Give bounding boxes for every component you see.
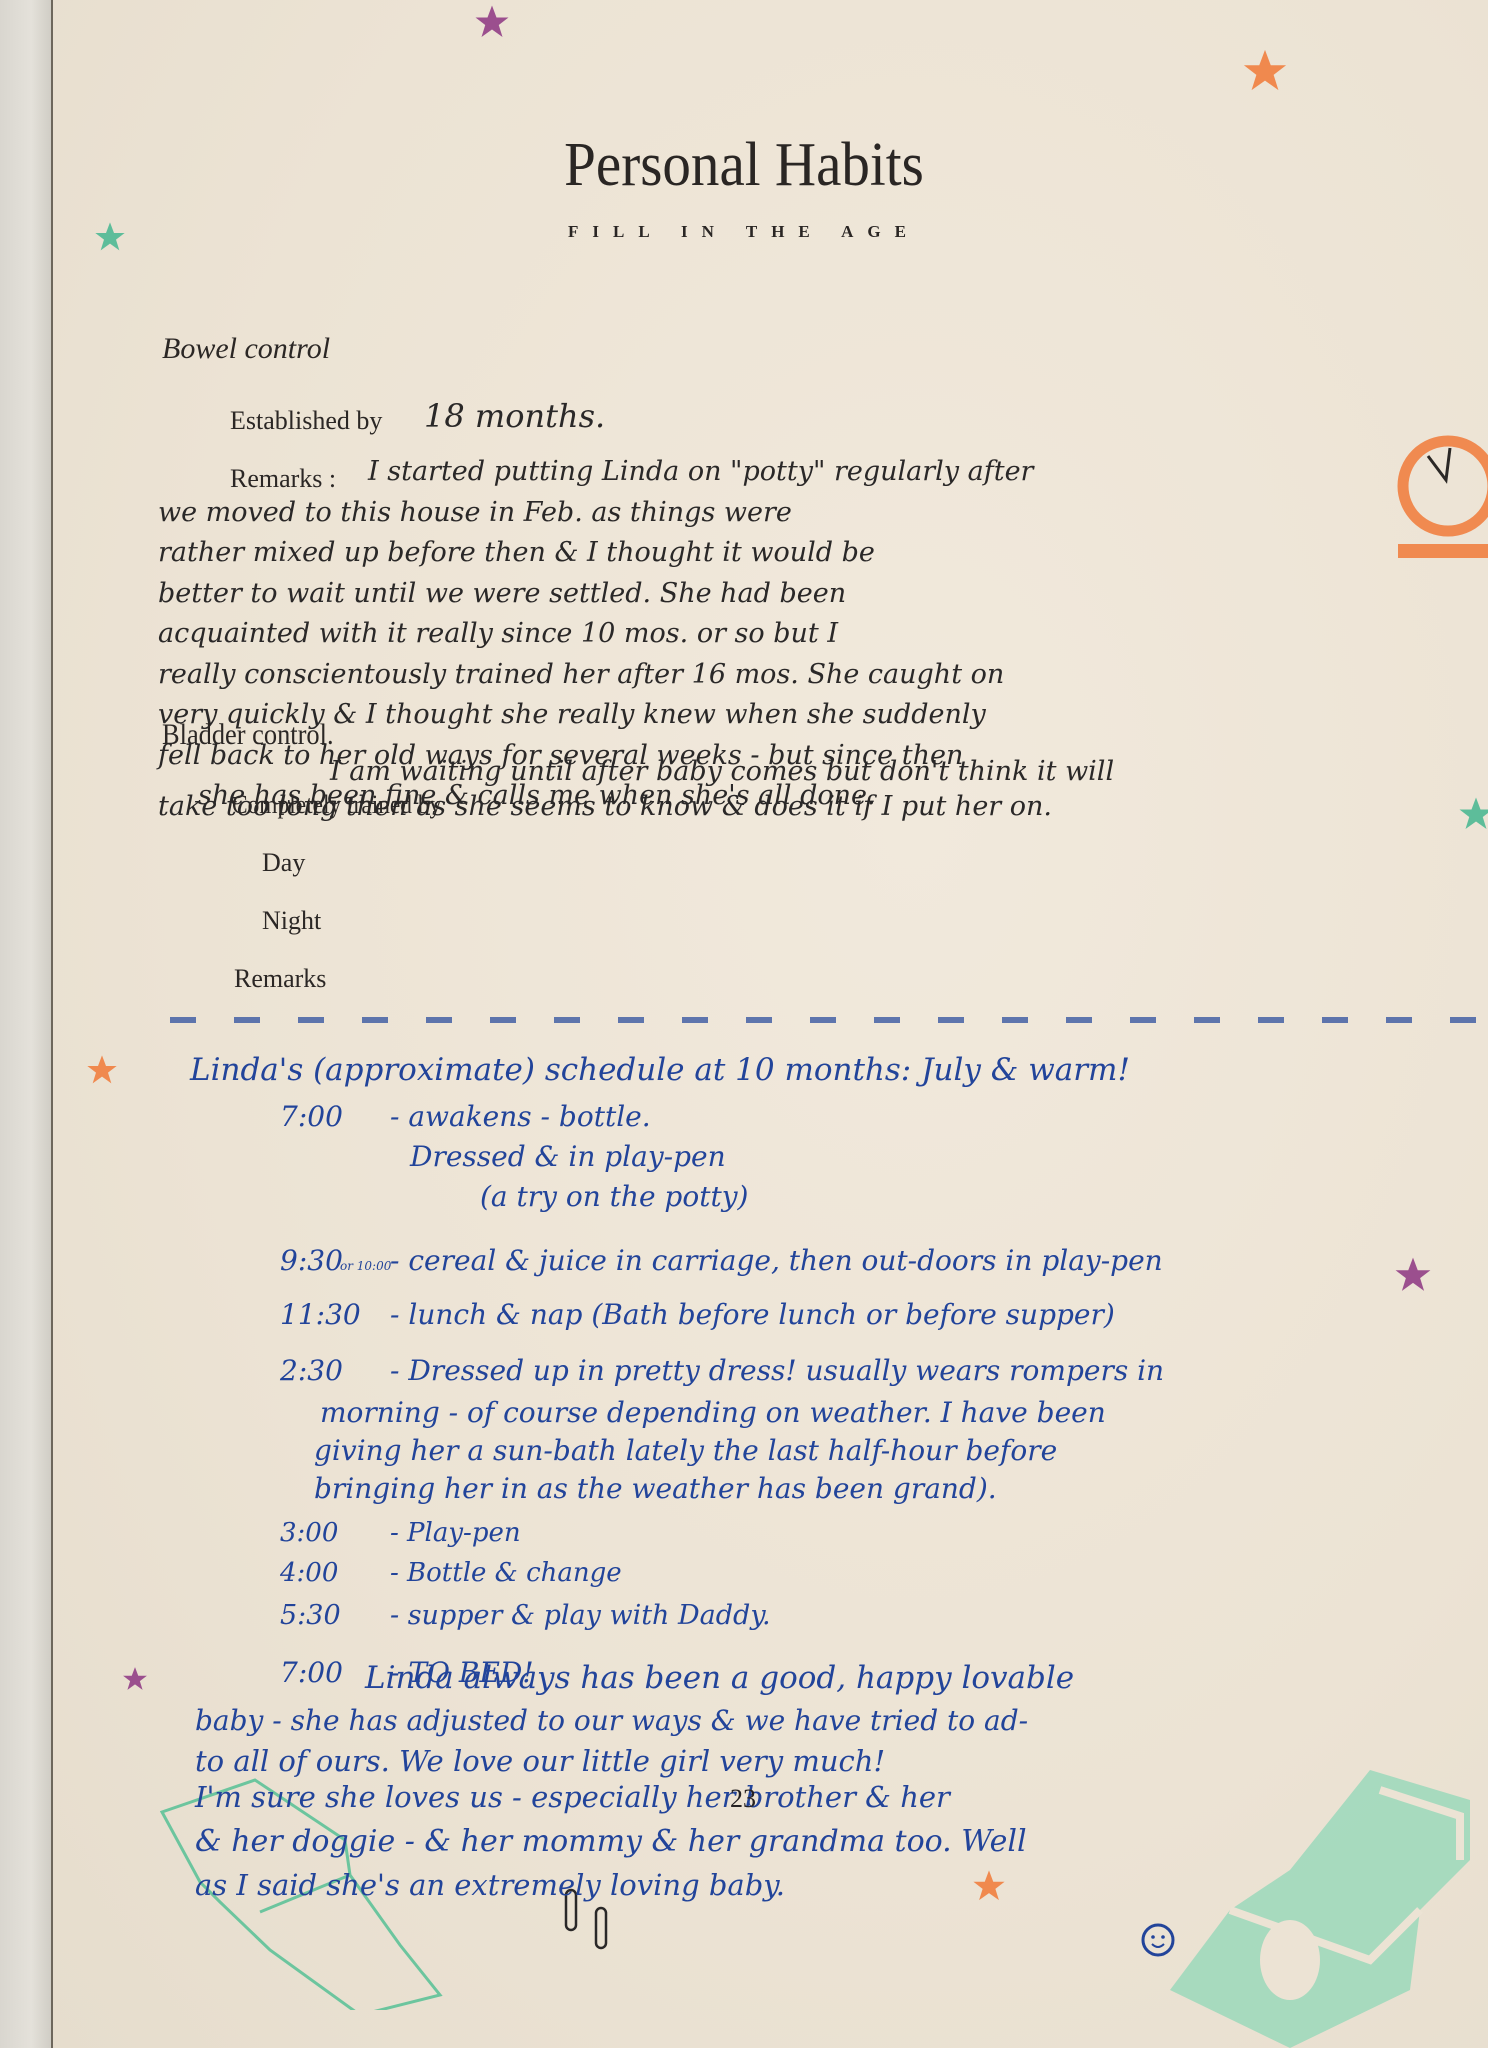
- schedule-time: 2:30: [280, 1354, 390, 1387]
- bladder-control-heading: Bladder control.: [162, 718, 334, 752]
- schedule-time: 4:00: [280, 1558, 390, 1588]
- schedule-activity: - Dressed up in pretty dress! usually we…: [390, 1354, 1164, 1387]
- schedule-entry: 9:30 or 10:00 - cereal & juice in carria…: [280, 1244, 1488, 1298]
- star-icon: [122, 1664, 148, 1694]
- smiley-face-icon: [1138, 1920, 1180, 1960]
- star-icon: [1242, 48, 1288, 94]
- schedule-time-note: or 10:00: [340, 1259, 390, 1273]
- page-number: 23: [730, 1784, 756, 1814]
- remarks-line: we moved to this house in Feb. as things…: [158, 493, 1488, 534]
- night-label: Night: [262, 906, 321, 936]
- dashed-divider: [170, 1017, 1480, 1023]
- schedule-time: 3:00: [280, 1518, 390, 1548]
- schedule-heading: Linda's (approximate) schedule at 10 mon…: [190, 1052, 1130, 1088]
- established-by-field[interactable]: 18 months.: [424, 396, 605, 437]
- schedule-entry: 5:30 - supper & play with Daddy.: [280, 1600, 1488, 1656]
- remarks-line: better to wait until we were settled. Sh…: [158, 574, 1488, 615]
- star-icon: [474, 4, 510, 40]
- schedule-list: 7:00 - awakens - bottle. Dressed & in pl…: [280, 1100, 1488, 1696]
- schedule-activity: - cereal & juice in carriage, then out-d…: [390, 1244, 1163, 1277]
- remarks-line: really conscientously trained her after …: [158, 655, 1488, 696]
- remarks-line: very quickly & I thought she really knew…: [158, 695, 1488, 736]
- bladder-remarks-label: Remarks: [234, 964, 326, 994]
- closing-line: baby - she has adjusted to our ways & we…: [195, 1704, 1488, 1744]
- schedule-entry: 3:00 - Play-pen: [280, 1518, 1488, 1558]
- page-subtitle: FILL IN THE AGE: [0, 222, 1488, 242]
- schedule-activity: - awakens - bottle.: [390, 1100, 651, 1133]
- closing-line: to all of ours. We love our little girl …: [195, 1744, 1488, 1780]
- schedule-entry: giving her a sun-bath lately the last ha…: [280, 1434, 1488, 1472]
- established-by-label: Established by: [230, 406, 382, 436]
- star-icon: [86, 1054, 118, 1086]
- closing-note: Linda always has been a good, happy lova…: [195, 1660, 1488, 1912]
- closing-line: & her doggie - & her mommy & her grandma…: [195, 1824, 1488, 1868]
- schedule-entry: 4:00 - Bottle & change: [280, 1558, 1488, 1600]
- schedule-activity: morning - of course depending on weather…: [320, 1396, 1106, 1429]
- schedule-entry: 7:00 - awakens - bottle.: [280, 1100, 1488, 1140]
- schedule-entry: (a try on the potty): [280, 1180, 1488, 1244]
- schedule-time: 9:30: [280, 1244, 340, 1277]
- schedule-activity: - Bottle & change: [390, 1558, 622, 1588]
- schedule-entry: morning - of course depending on weather…: [280, 1396, 1488, 1434]
- remarks-line: rather mixed up before then & I thought …: [158, 533, 1488, 574]
- bowel-control-heading: Bowel control: [162, 332, 330, 366]
- schedule-activity: - Play-pen: [390, 1518, 521, 1548]
- schedule-activity: - supper & play with Daddy.: [390, 1600, 771, 1631]
- schedule-activity: giving her a sun-bath lately the last ha…: [314, 1434, 1057, 1467]
- completely-trained-label: Completely trained by: [232, 790, 441, 820]
- page-title: Personal Habits: [60, 130, 1429, 201]
- day-label: Day: [262, 848, 305, 878]
- schedule-entry: Dressed & in play-pen: [280, 1140, 1488, 1180]
- schedule-entry: 11:30 - lunch & nap (Bath before lunch o…: [280, 1298, 1488, 1354]
- closing-line: as I said she's an extremely loving baby…: [195, 1868, 1488, 1912]
- schedule-time: 11:30: [280, 1298, 390, 1331]
- schedule-activity: bringing her in as the weather has been …: [314, 1472, 997, 1505]
- day-field[interactable]: [340, 846, 940, 880]
- schedule-entry: bringing her in as the weather has been …: [280, 1472, 1488, 1518]
- book-gutter: [0, 0, 52, 2048]
- schedule-time: 5:30: [280, 1600, 390, 1631]
- closing-line: I'm sure she loves us - especially her b…: [195, 1780, 1488, 1824]
- schedule-time: 7:00: [280, 1100, 390, 1133]
- night-field[interactable]: [340, 904, 940, 938]
- schedule-entry: 2:30 - Dressed up in pretty dress! usual…: [280, 1354, 1488, 1396]
- schedule-activity: Dressed & in play-pen: [410, 1140, 726, 1173]
- remarks-line: acquainted with it really since 10 mos. …: [158, 614, 1488, 655]
- closing-line: Linda always has been a good, happy lova…: [195, 1660, 1488, 1704]
- remarks-line: I started putting Linda on "potty" regul…: [158, 452, 1488, 493]
- schedule-activity: (a try on the potty): [480, 1180, 748, 1213]
- schedule-activity: - lunch & nap (Bath before lunch or befo…: [390, 1298, 1115, 1331]
